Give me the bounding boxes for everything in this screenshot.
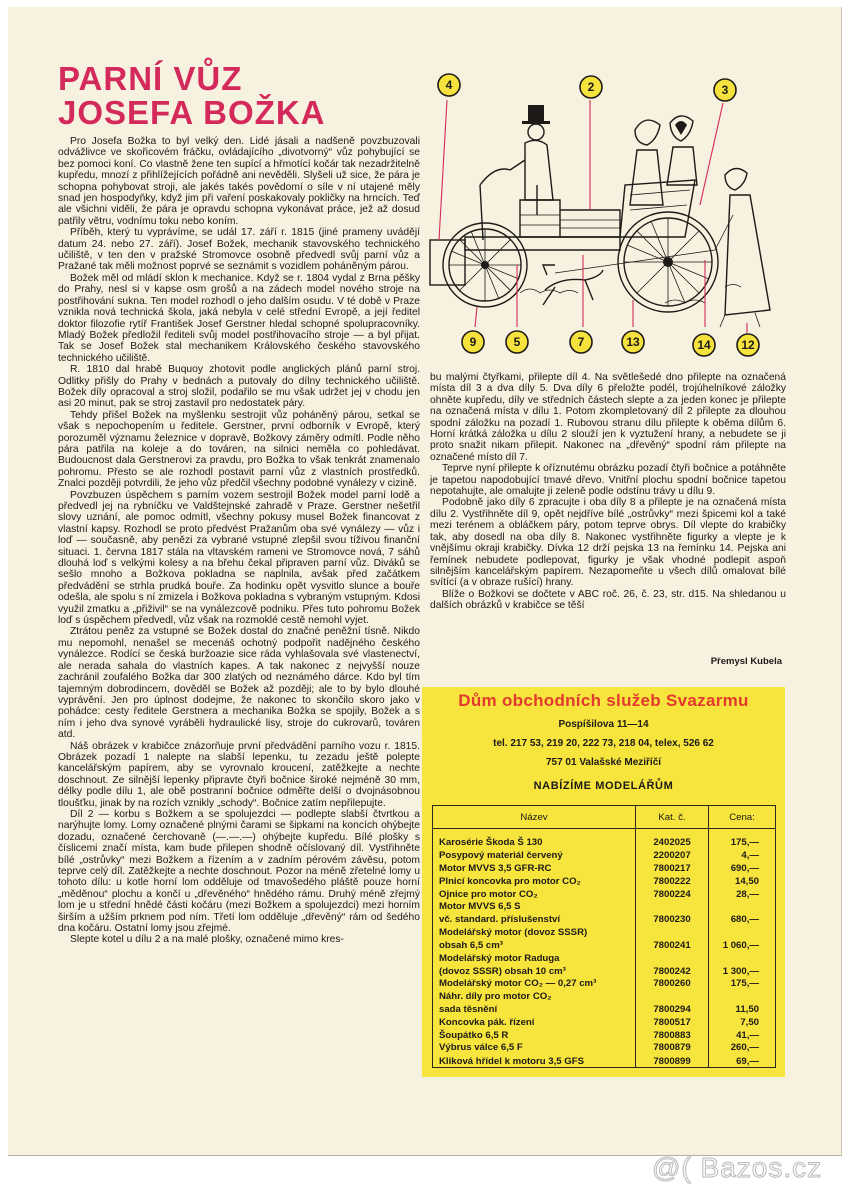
item-price: 14,50 [709,874,776,887]
price-table: Název Kat. č. Cena: Karosérie Škoda Š 13… [432,805,776,1068]
item-price [709,951,776,964]
paragraph: Náš obrázek v krabičce znázorňuje první … [58,741,420,809]
paragraph: Pro Josefa Božka to byl velký den. Lidé … [58,136,420,227]
table-row: sada těsnění780029411,50 [433,1003,776,1016]
paragraph: Teprve nyní přilepte k oříznutému obrázk… [430,463,786,497]
item-price [709,900,776,913]
catalog-number [636,926,709,939]
catalog-number: 7800217 [636,861,709,874]
item-name: vč. standard. příslušenství [433,913,636,926]
item-price: 28,— [709,887,776,900]
table-row: Modelářský motor Raduga [433,951,776,964]
table-row: Ojnice pro motor CO₂780022428,— [433,887,776,900]
carriage-drawing: 4 2 3 9 5 7 13 14 12 [425,65,805,365]
svg-text:12: 12 [741,338,755,352]
table-row: vč. standard. příslušenství7800230680,— [433,913,776,926]
table-row: (dovoz SSSR) obsah 10 cm³78002421 300,— [433,964,776,977]
header-price: Cena: [709,806,776,829]
catalog-number: 7800224 [636,887,709,900]
paragraph: Příběh, který tu vyprávíme, se udál 17. … [58,227,420,273]
ad-city: 757 01 Valašské Meziříčí [422,757,785,768]
watermark: @( Bazos.cz [652,1152,822,1184]
item-price: 1 300,— [709,964,776,977]
table-row: obsah 6,5 cm³78002411 060,— [433,938,776,951]
item-price: 175,— [709,836,776,849]
item-price: 1 060,— [709,938,776,951]
item-price: 175,— [709,977,776,990]
ad-subtitle: NABÍZÍME MODELÁŘŮM [422,780,785,792]
paragraph: Blíže o Božkovi se dočtete v ABC roč. 26… [430,589,786,612]
item-price: 260,— [709,1041,776,1054]
callout-7: 7 [570,331,592,353]
catalog-number [636,951,709,964]
paragraph: Povzbuzen úspěchem s parním vozem sestro… [58,490,420,627]
catalog-number: 7800294 [636,1003,709,1016]
ad-title: Dům obchodních služeb Svazarmu [422,691,785,711]
steam-carriage-illustration: 4 2 3 9 5 7 13 14 12 [425,65,805,365]
catalog-number: 7800517 [636,1015,709,1028]
callout-5: 5 [506,331,528,353]
callout-4: 4 [438,74,460,96]
item-name: Motor MVVS 6,5 S [433,900,636,913]
item-price: 41,— [709,1028,776,1041]
item-price: 4,— [709,849,776,862]
item-name: Modelářský motor Raduga [433,951,636,964]
catalog-number: 7800230 [636,913,709,926]
item-name: Výbrus válce 6,5 F [433,1041,636,1054]
catalog-number: 7800260 [636,977,709,990]
article-title: PARNÍ VŮZ JOSEFA BOŽKA [58,62,325,130]
item-name: Modelářský motor CO₂ — 0,27 cm³ [433,977,636,990]
table-row: Modelářský motor (dovoz SSSR) [433,926,776,939]
svg-text:7: 7 [578,335,585,349]
svg-text:14: 14 [697,338,711,352]
svg-text:9: 9 [470,335,477,349]
item-price [709,990,776,1003]
item-name: Koncovka pák. řízení [433,1015,636,1028]
catalog-number: 7800222 [636,874,709,887]
catalog-number [636,900,709,913]
item-name: Ojnice pro motor CO₂ [433,887,636,900]
item-name: Posypový materiál červený [433,849,636,862]
svg-text:5: 5 [514,335,521,349]
item-price: 690,— [709,861,776,874]
item-name: Šoupátko 6,5 R [433,1028,636,1041]
ad-phone: tel. 217 53, 219 20, 222 73, 218 04, tel… [422,738,785,749]
paragraph: R. 1810 dal hrabě Buquoy zhotovit podle … [58,364,420,410]
table-row: Šoupátko 6,5 R780088341,— [433,1028,776,1041]
callout-12: 12 [737,334,759,356]
author-signature: Přemysl Kubela [620,656,782,667]
item-name: Motor MVVS 3,5 GFR-RC [433,861,636,874]
catalog-number: 2402025 [636,836,709,849]
item-name: sada těsnění [433,1003,636,1016]
paragraph: Božek měl od mládí sklon k mechanice. Kd… [58,273,420,364]
catalog-number: 7800883 [636,1028,709,1041]
table-row: Kliková hřídel k motoru 3,5 GFS780089969… [433,1054,776,1068]
svg-text:3: 3 [722,83,729,97]
table-row: Koncovka pák. řízení78005177,50 [433,1015,776,1028]
header-catalog: Kat. č. [636,806,709,829]
table-header-row: Název Kat. č. Cena: [433,806,776,829]
catalog-number: 7800241 [636,938,709,951]
callout-9: 9 [462,331,484,353]
item-price: 7,50 [709,1015,776,1028]
callout-2: 2 [580,76,602,98]
table-row: Náhr. díly pro motor CO₂ [433,990,776,1003]
callout-14: 14 [693,334,715,356]
svg-text:13: 13 [626,335,640,349]
item-name: Kliková hřídel k motoru 3,5 GFS [433,1054,636,1068]
table-row: Plnicí koncovka pro motor CO₂780022214,5… [433,874,776,887]
table-row: Modelářský motor CO₂ — 0,27 cm³780026017… [433,977,776,990]
item-price [709,926,776,939]
table-row: Posypový materiál červený22002074,— [433,849,776,862]
catalog-number: 7800899 [636,1054,709,1068]
table-row: Motor MVVS 6,5 S [433,900,776,913]
article-left-column: Pro Josefa Božka to byl velký den. Lidé … [58,136,420,946]
item-name: (dovoz SSSR) obsah 10 cm³ [433,964,636,977]
paragraph: Tehdy přišel Božek na myšlenku sestrojit… [58,410,420,490]
header-name: Název [433,806,636,829]
paragraph: Podobně jako díly 6 zpracujte i oba díly… [430,497,786,588]
table-row: Motor MVVS 3,5 GFR-RC7800217690,— [433,861,776,874]
ad-address: Pospíšilova 11—14 [422,719,785,730]
catalog-number: 2200207 [636,849,709,862]
table-row: Karosérie Škoda Š 1302402025175,— [433,836,776,849]
item-name: Náhr. díly pro motor CO₂ [433,990,636,1003]
svg-text:4: 4 [446,78,453,92]
catalog-number [636,990,709,1003]
paragraph: Ztrátou peněz za vstupné se Božek dostal… [58,626,420,740]
item-name: Karosérie Škoda Š 130 [433,836,636,849]
catalog-number: 7800242 [636,964,709,977]
item-name: obsah 6,5 cm³ [433,938,636,951]
catalog-number: 7800879 [636,1041,709,1054]
item-name: Modelářský motor (dovoz SSSR) [433,926,636,939]
svg-text:2: 2 [588,80,595,94]
callout-3: 3 [714,79,736,101]
shop-advertisement: Dům obchodních služeb Svazarmu Pospíšilo… [422,687,785,1077]
paragraph: bu malými čtyřkami, přilepte díl 4. Na s… [430,372,786,463]
paragraph: Slepte kotel u dílu 2 a na malé plošky, … [58,934,420,945]
title-line-2: JOSEFA BOŽKA [58,94,325,131]
item-name: Plnicí koncovka pro motor CO₂ [433,874,636,887]
title-line-1: PARNÍ VŮZ [58,60,242,97]
item-price: 11,50 [709,1003,776,1016]
article-right-column: bu malými čtyřkami, přilepte díl 4. Na s… [430,372,786,612]
paragraph: Díl 2 — korbu s Božkem a se spolujezdci … [58,809,420,934]
item-price: 69,— [709,1054,776,1068]
callout-13: 13 [622,331,644,353]
item-price: 680,— [709,913,776,926]
table-row: Výbrus válce 6,5 F7800879260,— [433,1041,776,1054]
